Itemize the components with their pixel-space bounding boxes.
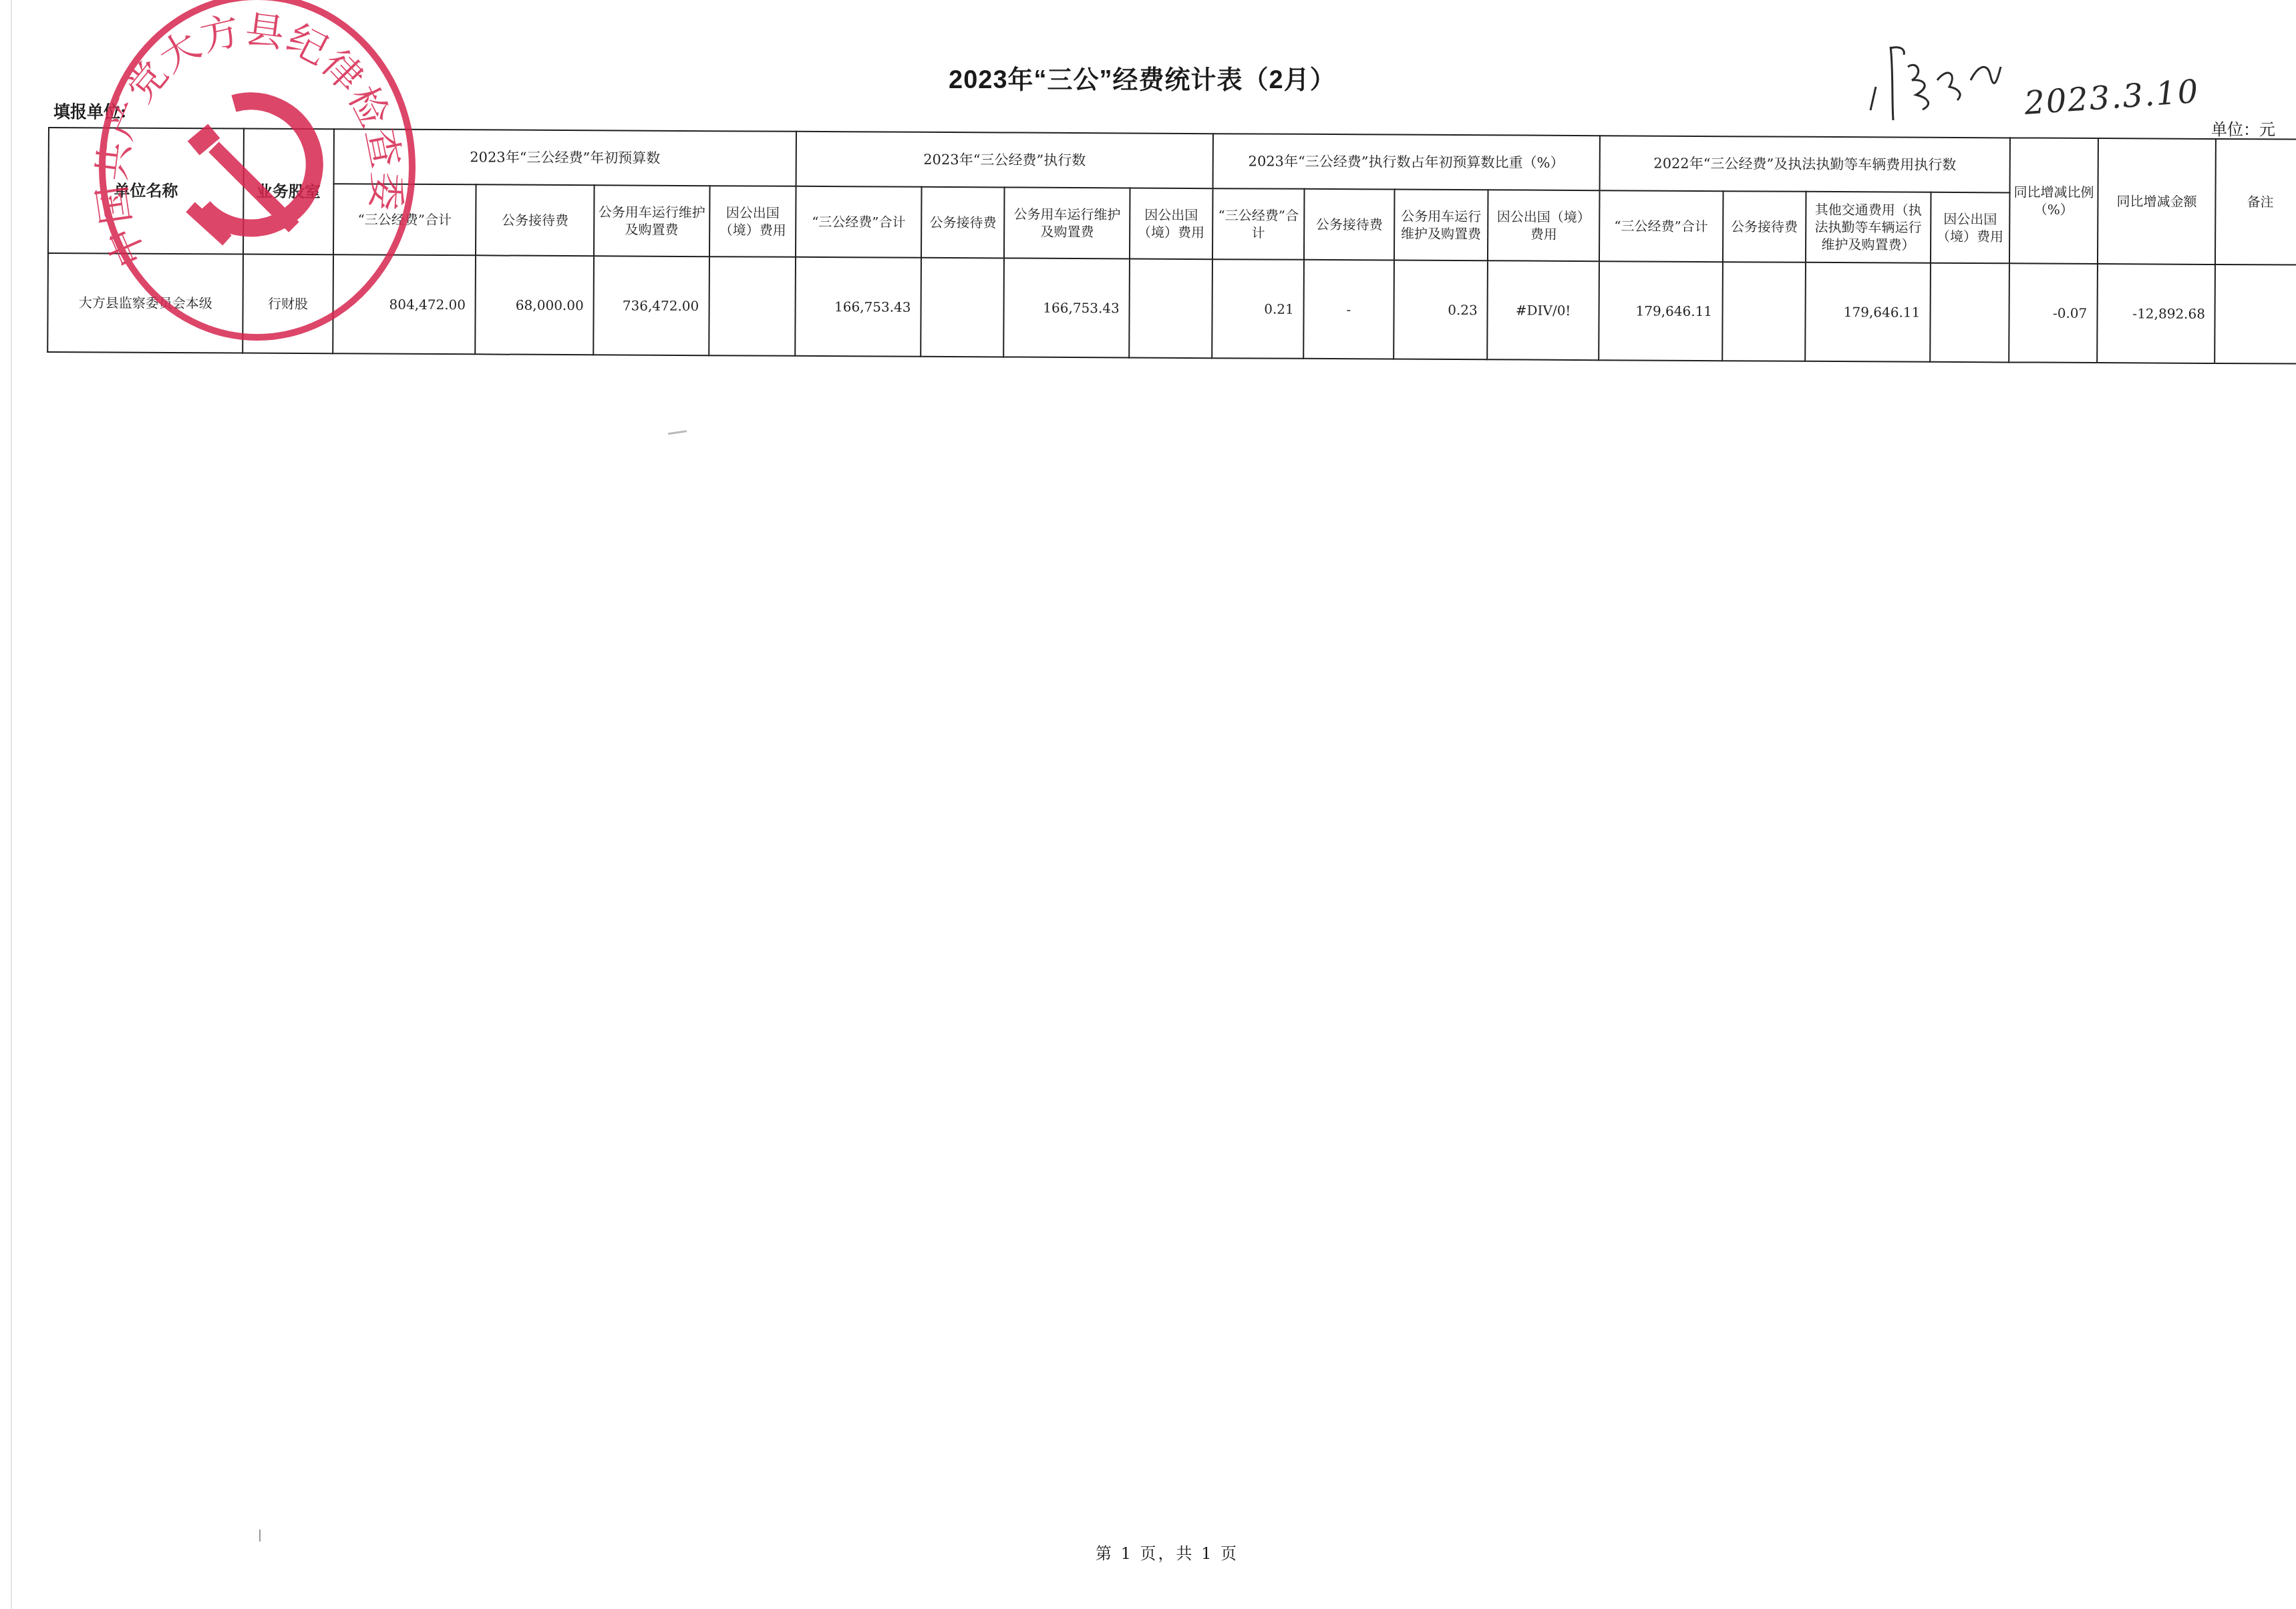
- cell-exec-vehicle: 166,753.43: [1004, 258, 1130, 357]
- cell-exec-abroad: [1129, 258, 1212, 358]
- cell-prev-abroad: [1930, 263, 2009, 363]
- header-exec-reception: 公务接待费: [921, 187, 1005, 258]
- page-title: 2023年“三公”经费统计表（2月）: [949, 59, 1416, 96]
- header-budget-vehicle: 公务用车运行维护及购置费: [594, 185, 709, 256]
- header-prev-total: “三公经费”合计: [1599, 190, 1723, 262]
- cell-prev-reception: [1722, 262, 1806, 361]
- header-prev-abroad: 因公出国（境）费用: [1931, 192, 2010, 264]
- header-unit-name: 单位名称: [48, 128, 244, 254]
- page-number: 第 1 页，共 1 页: [1096, 1540, 1239, 1564]
- filler-unit-label: 填报单位:: [53, 99, 126, 123]
- header-prev-other-transport: 其他交通费用（执法执勤等车辆运行维护及购置费）: [1806, 192, 1931, 263]
- header-prev-reception: 公务接待费: [1723, 191, 1806, 262]
- cell-remarks: [2215, 264, 2296, 364]
- scan-artifact: [668, 430, 687, 435]
- cell-ratio-total: 0.21: [1212, 259, 1304, 359]
- cell-yoy-ratio: -0.07: [2009, 263, 2097, 363]
- header-ratio-abroad: 因公出国（境）费用: [1488, 190, 1599, 261]
- header-yoy-amount: 同比增减金额: [2098, 138, 2217, 264]
- cell-ratio-reception: -: [1303, 260, 1393, 359]
- group-header-ratio: 2023年“三公经费”执行数占年初预算数比重（%）: [1212, 134, 1600, 190]
- cell-exec-total: 166,753.43: [796, 257, 921, 357]
- cell-ratio-abroad: #DIV/0!: [1487, 260, 1599, 360]
- header-row-columns: “三公经费”合计 公务接待费 公务用车运行维护及购置费 因公出国（境）费用 “三…: [48, 182, 2296, 265]
- scan-artifact: [259, 1530, 261, 1542]
- header-exec-total: “三公经费”合计: [796, 186, 921, 258]
- header-ratio-reception: 公务接待费: [1304, 189, 1394, 260]
- table-row: 大方县监察委员会本级 行财股 804,472.00 68,000.00 736,…: [47, 253, 2296, 364]
- cell-yoy-amount: -12,892.68: [2097, 264, 2215, 363]
- header-budget-total: “三公经费”合计: [333, 184, 476, 255]
- header-budget-reception: 公务接待费: [476, 184, 594, 256]
- cell-budget-abroad: [709, 256, 796, 356]
- scan-edge: [11, 0, 12, 1609]
- header-exec-abroad: 因公出国（境）费用: [1130, 188, 1212, 259]
- cell-budget-vehicle: 736,472.00: [593, 256, 709, 355]
- group-header-previous-year: 2022年“三公经费”及执法执勤等车辆费用执行数: [1599, 136, 2010, 192]
- cell-budget-reception: 68,000.00: [476, 255, 594, 355]
- header-ratio-vehicle: 公务用车运行维护及购置费: [1394, 190, 1488, 261]
- cell-prev-total: 179,646.11: [1599, 261, 1722, 361]
- header-yoy-ratio: 同比增减比例（%）: [2009, 138, 2098, 264]
- header-budget-abroad: 因公出国（境）费用: [709, 186, 796, 257]
- header-exec-vehicle: 公务用车运行维护及购置费: [1004, 187, 1130, 258]
- cell-department: 行财股: [242, 254, 333, 354]
- cell-exec-reception: [921, 258, 1004, 357]
- cell-ratio-vehicle: 0.23: [1393, 260, 1488, 360]
- header-ratio-total: “三公经费”合计: [1212, 188, 1305, 260]
- currency-unit-label: 单位：元: [2211, 116, 2275, 140]
- cell-prev-other-transport: 179,646.11: [1805, 262, 1930, 362]
- header-department: 业务股室: [243, 129, 333, 255]
- group-header-execution: 2023年“三公经费”执行数: [796, 132, 1213, 188]
- group-header-budget: 2023年“三公经费”年初预算数: [333, 129, 796, 186]
- cell-unit-name: 大方县监察委员会本级: [47, 253, 243, 353]
- cell-budget-total: 804,472.00: [333, 254, 476, 354]
- expense-statistics-table: 单位名称 业务股室 2023年“三公经费”年初预算数 2023年“三公经费”执行…: [47, 127, 2296, 365]
- header-remarks: 备注: [2215, 139, 2296, 265]
